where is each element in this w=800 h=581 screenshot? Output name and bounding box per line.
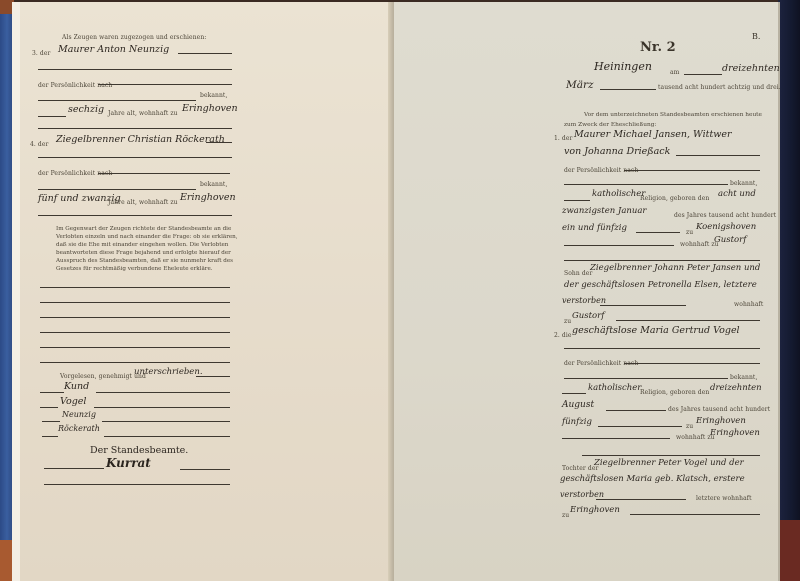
- witness3-known-label: bekannt,: [200, 92, 227, 99]
- rule: [180, 469, 230, 470]
- rule: [564, 348, 760, 349]
- rule: [96, 392, 230, 393]
- witness3-name: Maurer Anton Neunzig: [58, 44, 169, 55]
- rule: [598, 426, 682, 427]
- witness3-age-label: Jahre alt, wohnhaft zu: [108, 110, 178, 117]
- rule: [564, 260, 760, 261]
- bride-daughter-of-label: Tochter der: [562, 465, 598, 472]
- bride-parents-residence-prefix: zu: [562, 512, 569, 519]
- rule: [38, 100, 196, 101]
- rule: [40, 362, 230, 363]
- rule: [582, 455, 760, 456]
- rule: [38, 116, 66, 117]
- groom-son-of-label: Sohn der: [564, 270, 592, 277]
- bride-residence-label: wohnhaft zu: [676, 434, 715, 441]
- groom-birth-year: ein und fünfzig: [562, 223, 627, 233]
- rule: [624, 170, 760, 171]
- rule: [196, 376, 230, 377]
- rule: [596, 499, 686, 500]
- rule: [104, 436, 230, 437]
- groom-birthplace: Koenigshoven: [696, 222, 756, 232]
- rule: [40, 407, 58, 408]
- bride-birth-year: fünfzig: [562, 417, 592, 427]
- groom-deceased: verstorben: [562, 296, 606, 305]
- year-text: tausend acht hundert achtzig und drei.: [658, 84, 781, 91]
- witness3-age: sechzig: [68, 104, 104, 115]
- witness3-residence: Eringhoven: [182, 103, 238, 114]
- rule: [564, 184, 728, 185]
- rule: [630, 514, 760, 515]
- witnesses-intro: Als Zeugen waren zugezogen und erschiene…: [62, 34, 206, 41]
- bride-prefix: 2. die: [554, 332, 572, 339]
- rule: [40, 317, 230, 318]
- bride-parents-residence: Eringhoven: [570, 505, 620, 515]
- rule: [40, 332, 230, 333]
- witness4-age-label: Jahre alt, wohnhaft zu: [108, 199, 178, 206]
- declaration-paragraph: Im Gegenwart der Zeugen richtete der Sta…: [56, 225, 246, 273]
- rule: [616, 320, 760, 321]
- groom-parents-residence-label: wohnhaft: [734, 301, 763, 308]
- signature-neunzig: Neunzig: [62, 410, 96, 419]
- witness3-prefix: 3. der: [32, 50, 51, 57]
- intro: Vor dem unterzeichneten Standesbeamten e…: [564, 110, 764, 130]
- groom-parents-residence: Gustorf: [572, 311, 604, 321]
- bride-parents-residence-label: letztere wohnhaft: [696, 495, 752, 502]
- rule: [40, 392, 64, 393]
- bride-father: Ziegelbrenner Peter Vogel und der: [594, 458, 744, 468]
- section-letter: B.: [752, 32, 760, 41]
- registrar-label: Der Standesbeamte.: [90, 445, 188, 456]
- rule: [38, 189, 196, 190]
- groom-year-label: des Jahres tausend acht hundert: [674, 212, 776, 219]
- rule: [38, 215, 232, 216]
- groom-religion-label: Religion, geboren den: [640, 195, 709, 202]
- closing-value: unterschrieben.: [134, 367, 203, 377]
- groom-line2: von Johanna Drießack: [564, 146, 670, 157]
- rule: [38, 128, 232, 129]
- bride-known-label: bekannt,: [730, 374, 757, 381]
- witness4-name: Ziegelbrenner Christian Röckerath: [56, 134, 225, 145]
- bride-mother: geschäftslosen Maria geb. Klatsch, erste…: [560, 474, 745, 484]
- rule: [98, 84, 232, 85]
- bride-birthplace-label: zu: [686, 423, 693, 430]
- rule: [42, 436, 58, 437]
- bride-deceased: verstorben: [560, 490, 604, 499]
- day: dreizehnten: [722, 63, 780, 74]
- rule: [684, 74, 722, 75]
- bride-birth-day: dreizehnten: [710, 383, 762, 393]
- groom-mother: der geschäftslosen Petronella Elsen, let…: [564, 280, 757, 290]
- witness4-prefix: 4. der: [30, 141, 49, 148]
- rule: [42, 421, 60, 422]
- rule: [40, 347, 230, 348]
- rule: [178, 53, 232, 54]
- groom-line1: Maurer Michael Jansen, Wittwer: [574, 129, 732, 140]
- groom-father: Ziegelbrenner Johann Peter Jansen und: [590, 263, 760, 273]
- groom-residence-label: wohnhaft zu: [680, 241, 719, 248]
- rule: [600, 305, 686, 306]
- rule: [600, 89, 656, 90]
- rule: [40, 302, 230, 303]
- rule: [562, 393, 586, 394]
- signature-kund: Kund: [64, 381, 89, 392]
- rule: [44, 484, 230, 485]
- book-binding-right: [778, 0, 800, 581]
- rule: [40, 287, 230, 288]
- rule: [94, 407, 230, 408]
- groom-birthplace-label: zu: [686, 229, 693, 236]
- signature-roeckerath: Röckerath: [58, 424, 100, 433]
- entry-number: Nr. 2: [640, 40, 676, 55]
- signature-vogel: Vogel: [60, 396, 86, 407]
- groom-birth-day: acht und: [718, 189, 756, 199]
- book-cover-edge-right: [778, 520, 800, 581]
- month: März: [566, 79, 594, 91]
- groom-birth-day2: zwanzigsten Januar: [562, 206, 646, 216]
- bride-religion-label: Religion, geboren den: [640, 389, 709, 396]
- rule: [102, 421, 230, 422]
- witness4-residence: Eringhoven: [180, 192, 236, 203]
- bride-line1: geschäftslose Maria Gertrud Vogel: [572, 325, 740, 336]
- rule: [624, 363, 760, 364]
- rule: [606, 410, 666, 411]
- rule: [44, 468, 104, 469]
- bride-birthplace: Eringhoven: [696, 416, 746, 426]
- groom-known-label: bekannt,: [730, 180, 757, 187]
- groom-religion: katholischer: [592, 189, 645, 199]
- groom-residence: Gustorf: [714, 235, 746, 245]
- rule: [38, 157, 232, 158]
- groom-prefix: 1. der: [554, 135, 573, 142]
- rule: [562, 438, 670, 439]
- rule: [564, 245, 674, 246]
- bride-year-label: des Jahres tausend acht hundert: [668, 406, 770, 413]
- place: Heiningen: [594, 60, 652, 73]
- place-suffix: am: [670, 69, 679, 76]
- rule: [98, 173, 230, 174]
- bride-residence: Eringhoven: [710, 428, 760, 438]
- rule: [206, 142, 232, 143]
- rule: [38, 69, 232, 70]
- witness4-known-label: bekannt,: [200, 181, 227, 188]
- rule: [564, 200, 590, 201]
- groom-parents-residence-prefix: zu: [564, 318, 571, 325]
- bride-birth-month: August: [562, 400, 594, 410]
- bride-religion: katholischer: [588, 383, 641, 393]
- registrar-signature: Kurrat: [106, 456, 151, 470]
- rule: [676, 155, 760, 156]
- rule: [636, 232, 680, 233]
- rule: [564, 378, 728, 379]
